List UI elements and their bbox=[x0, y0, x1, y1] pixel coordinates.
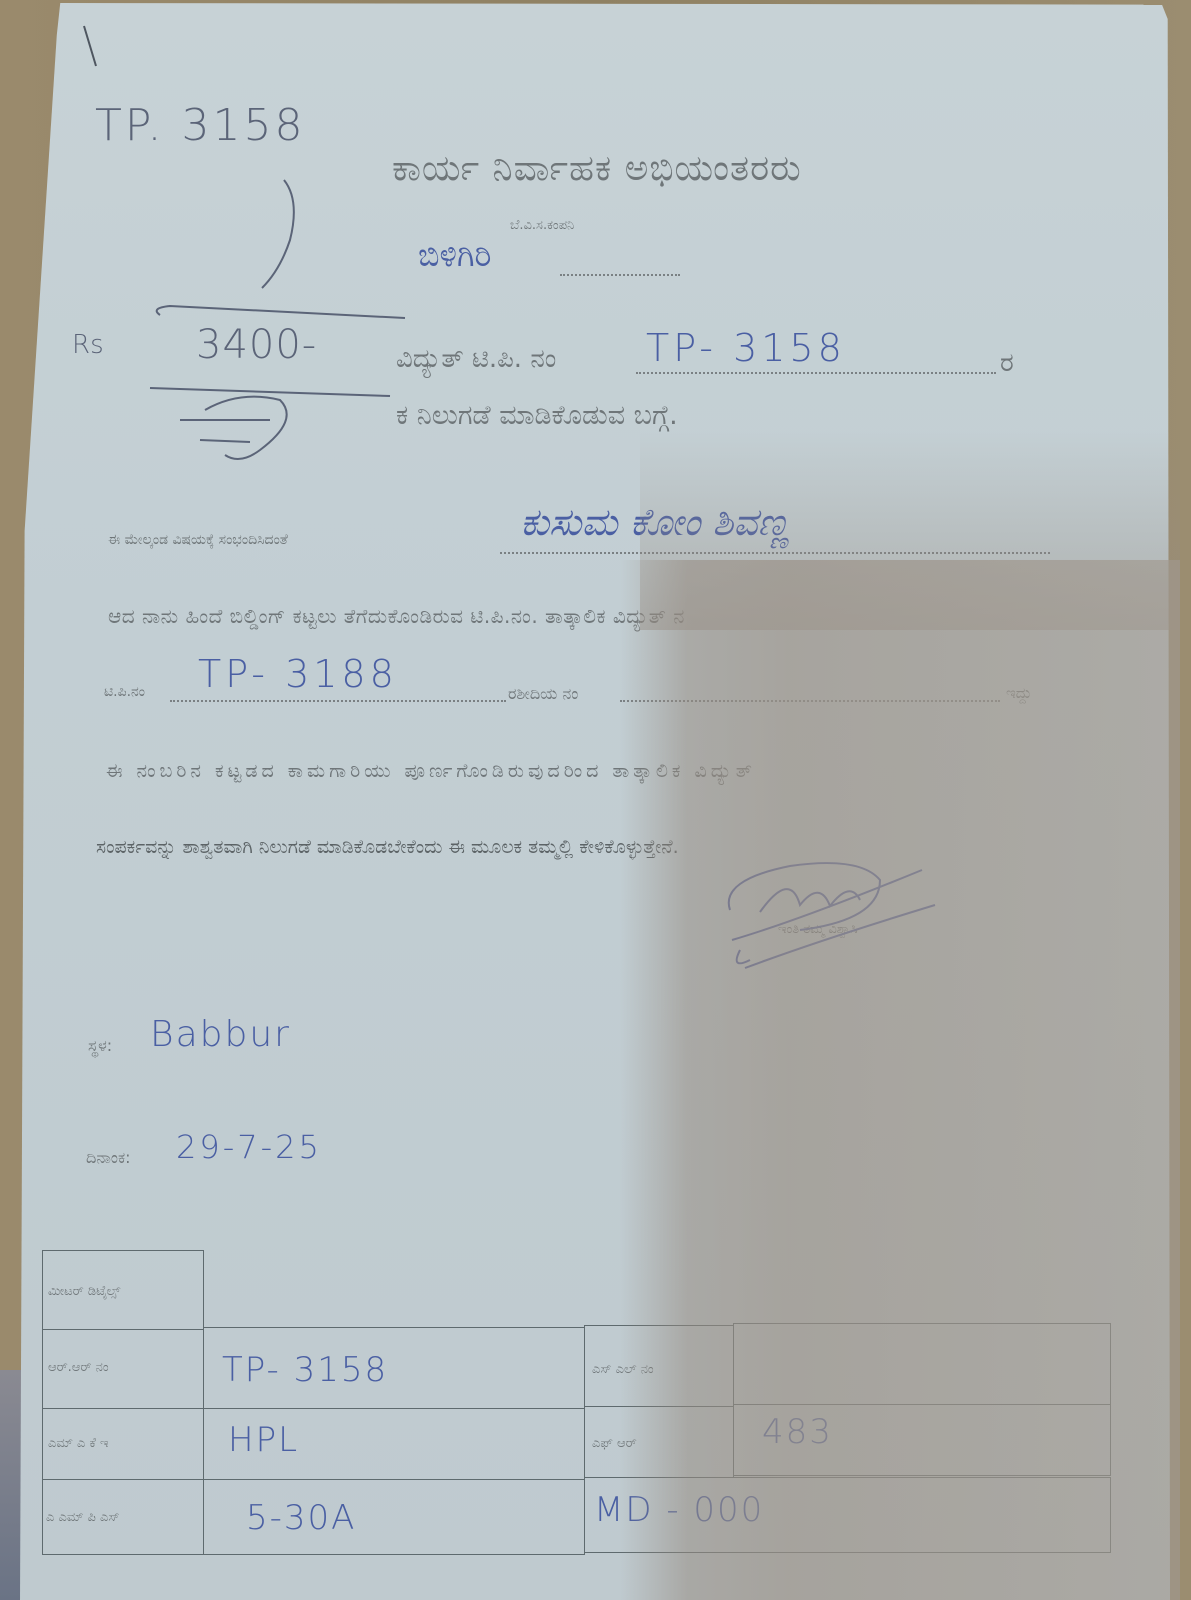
receipt-label: ರಶೀದಿಯ ನಂ bbox=[508, 684, 578, 704]
body-line2: ಆದ ನಾನು ಹಿಂದೆ ಬಿಲ್ಡಿಂಗ್ ಕಟ್ಟಲು ತೆಗೆದುಕೊಂ… bbox=[108, 604, 685, 628]
row2-value: HPL bbox=[228, 1420, 299, 1460]
row1-label: ಆರ್.ಆರ್ ನಂ bbox=[48, 1360, 109, 1375]
body-line4: ಈ ನಂಬರಿನ ಕಟ್ಟಡದ ಕಾಮಗಾರಿಯು ಪೂರ್ಣಗೊಂಡಿರುವು… bbox=[106, 760, 756, 782]
subject-tp-value: TP- 3158 bbox=[646, 326, 846, 370]
body-tp-value: TP- 3188 bbox=[198, 652, 398, 696]
place-value: Babbur bbox=[150, 1014, 291, 1055]
row1-value: TP- 3158 bbox=[222, 1350, 388, 1390]
body-line5: ಸಂಪರ್ಕವನ್ನು ಶಾಶ್ವತವಾಗಿ ನಿಲುಗಡೆ ಮಾಡಿಕೊಡಬೇ… bbox=[96, 836, 679, 858]
addressee-line: ಕಾರ್ಯ ನಿರ್ವಾಹಕ ಅಭಿಯಂತರರು bbox=[392, 148, 802, 190]
location-handwritten: ಬಿಳಿಗಿರಿ bbox=[418, 236, 491, 275]
date-label: ದಿನಾಂಕ: bbox=[86, 1148, 131, 1168]
receipt-dotted-line bbox=[620, 700, 1000, 702]
row2-label2: ಎಫ್ ಆರ್ bbox=[592, 1436, 637, 1451]
tp-dotted-line bbox=[170, 700, 506, 702]
row3-value: 5-30A bbox=[246, 1498, 356, 1538]
body-line3-suffix: ಇದ್ದು bbox=[1006, 684, 1032, 702]
margin-amount-prefix: Rs bbox=[72, 330, 104, 360]
subject-line1-suffix: ರ bbox=[1000, 348, 1014, 379]
subject-line2: ಕ ನಿಲುಗಡೆ ಮಾಡಿಕೊಡುವ ಬಗ್ಗೆ. bbox=[396, 400, 678, 432]
row1-label2: ಎಸ್ ಎಲ್ ನಂ bbox=[592, 1362, 654, 1377]
body-tp-label: ಟಿ.ಪಿ.ನಂ bbox=[104, 684, 145, 700]
margin-amount: 3400- bbox=[196, 322, 317, 368]
company-line: ಬೆ.ವಿ.ಸ.ಕಂಪನಿ bbox=[510, 218, 574, 233]
row3-label: ಎ ಎಮ್ ಪಿ ಎಸ್ bbox=[46, 1510, 119, 1525]
row2-value2: 483 bbox=[762, 1412, 833, 1452]
meter-title: ಮೀಟರ್ ಡಿಟೈಲ್ಸ್ bbox=[48, 1284, 120, 1299]
name-dotted-line bbox=[500, 552, 1050, 554]
signature-caption: ಇಂತಿ ತಮ್ಮ ವಿಶ್ವಾಸಿ bbox=[778, 922, 858, 937]
row2-label: ಎಮ್ ಎ ಕೆ ಇ bbox=[48, 1436, 108, 1451]
body-line1-prefix: ಈ ಮೇಲ್ಕಂಡ ವಿಷಯಕ್ಕೆ ಸಂಭಂದಿಸಿದಂತೆ bbox=[108, 532, 288, 548]
row1-value2-cell bbox=[733, 1323, 1111, 1405]
applicant-name: ಕುಸುಮ ಕೋಂ ಶಿವಣ್ಣ bbox=[520, 500, 790, 545]
location-dotted-line bbox=[560, 274, 680, 276]
subject-line1-prefix: ವಿದ್ಯುತ್ ಟಿ.ಪಿ. ನಂ bbox=[396, 344, 556, 375]
row3-merged-value: MD - 000 bbox=[594, 1490, 764, 1530]
place-label: ಸ್ಥಳ: bbox=[88, 1036, 112, 1056]
subject-dotted-line bbox=[636, 372, 996, 374]
date-value: 29-7-25 bbox=[176, 1128, 322, 1166]
margin-tp-reference: TP. 3158 bbox=[95, 100, 306, 151]
